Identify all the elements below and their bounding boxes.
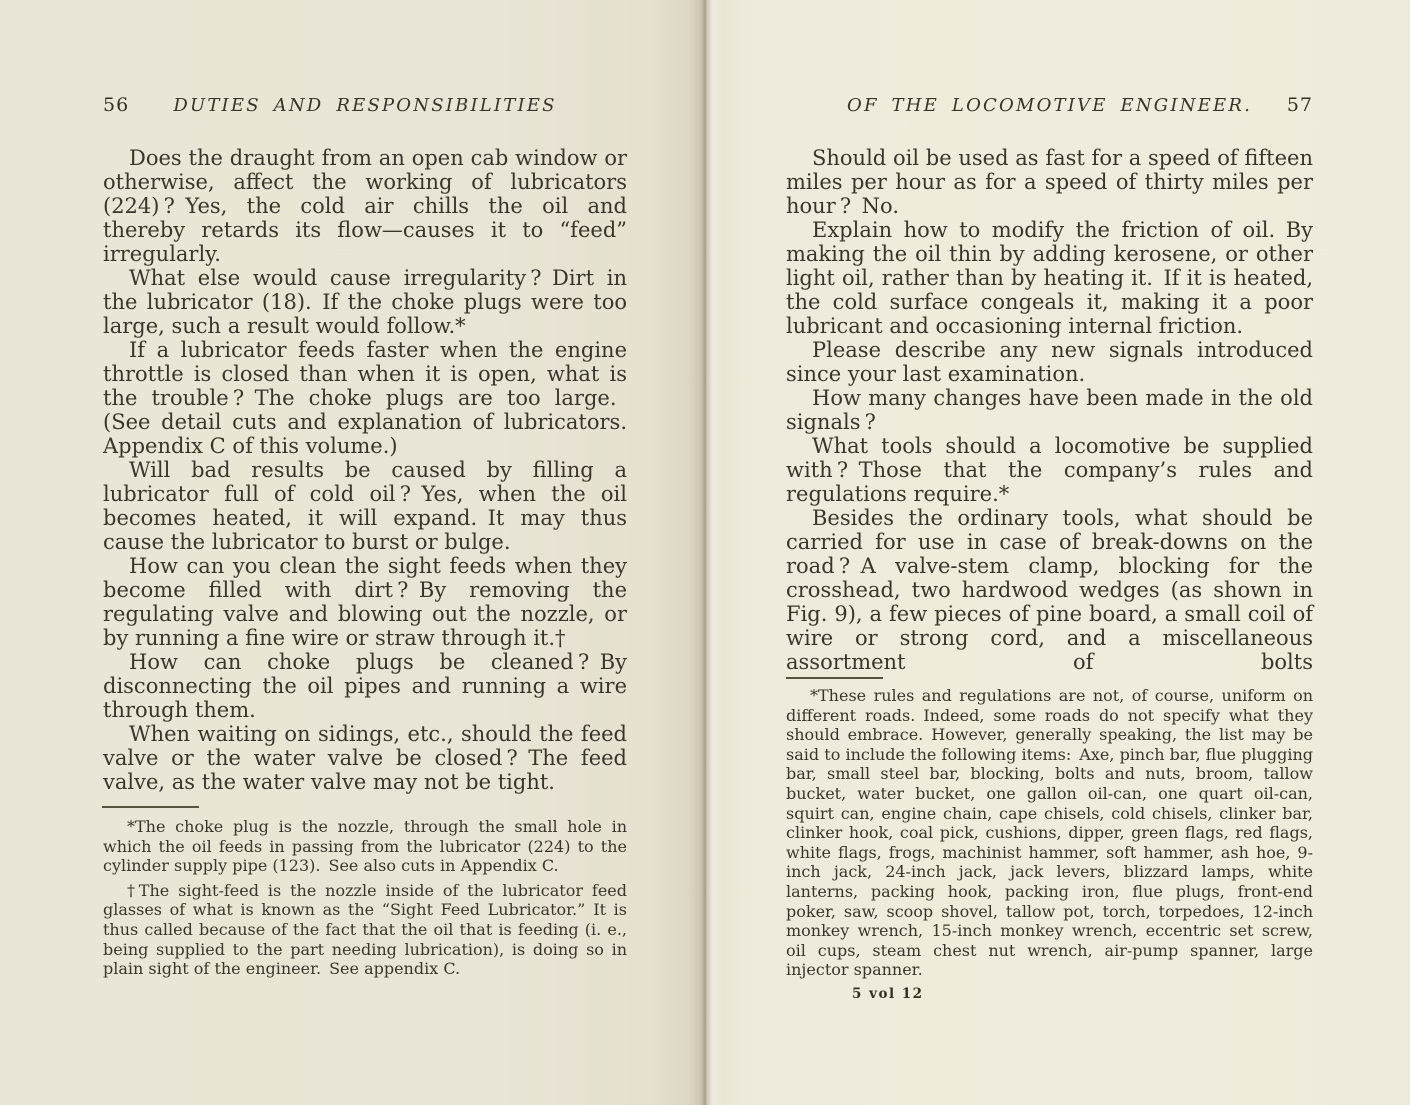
footnotes-left: *The choke plug is the nozzle, through t…	[103, 817, 627, 984]
footnote-rule-left	[102, 806, 199, 808]
paragraph: How can you clean the sight feeds when t…	[103, 554, 627, 650]
paragraph: What else would cause irregularity ? Dir…	[103, 266, 627, 338]
running-header-left: 56 DUTIES AND RESPONSIBILITIES	[103, 95, 627, 121]
paragraph: If a lubricator feeds faster when the en…	[103, 338, 627, 458]
paragraph: Besides the ordinary tools, what should …	[786, 506, 1313, 674]
paragraph: How many changes have been made in the o…	[786, 386, 1313, 434]
paragraph: Should oil be used as fast for a speed o…	[786, 146, 1313, 218]
paragraph: Will bad results be caused by filling a …	[103, 458, 627, 554]
running-header-right: OF THE LOCOMOTIVE ENGINEER. 57	[786, 95, 1313, 121]
footnote: *These rules and regulations are not, of…	[786, 686, 1313, 980]
body-text-right: Should oil be used as fast for a speed o…	[786, 146, 1313, 674]
paragraph: When waiting on sidings, etc., should th…	[103, 722, 627, 794]
page-number-right: 57	[1287, 94, 1313, 116]
paragraph: Does the draught from an open cab window…	[103, 146, 627, 266]
footnote: †The sight-feed is the nozzle inside of …	[103, 881, 627, 979]
body-text-left: Does the draught from an open cab window…	[103, 146, 627, 794]
footnote-rule-right	[786, 677, 883, 679]
footnote: *The choke plug is the nozzle, through t…	[103, 817, 627, 876]
footnotes-right: *These rules and regulations are not, of…	[786, 686, 1313, 1005]
book-spine-gutter	[688, 0, 722, 1105]
book-spread: 56 DUTIES AND RESPONSIBILITIES Does the …	[0, 0, 1410, 1105]
paragraph: How can choke plugs be cleaned ? By disc…	[103, 650, 627, 722]
running-title-left: DUTIES AND RESPONSIBILITIES	[103, 95, 627, 116]
running-title-right: OF THE LOCOMOTIVE ENGINEER.	[786, 95, 1313, 116]
printer-signature-mark: 5 vol 12	[852, 985, 1313, 1005]
paragraph: What tools should a locomotive be suppli…	[786, 434, 1313, 506]
paragraph: Please describe any new signals introduc…	[786, 338, 1313, 386]
paragraph: Explain how to modify the friction of oi…	[786, 218, 1313, 338]
